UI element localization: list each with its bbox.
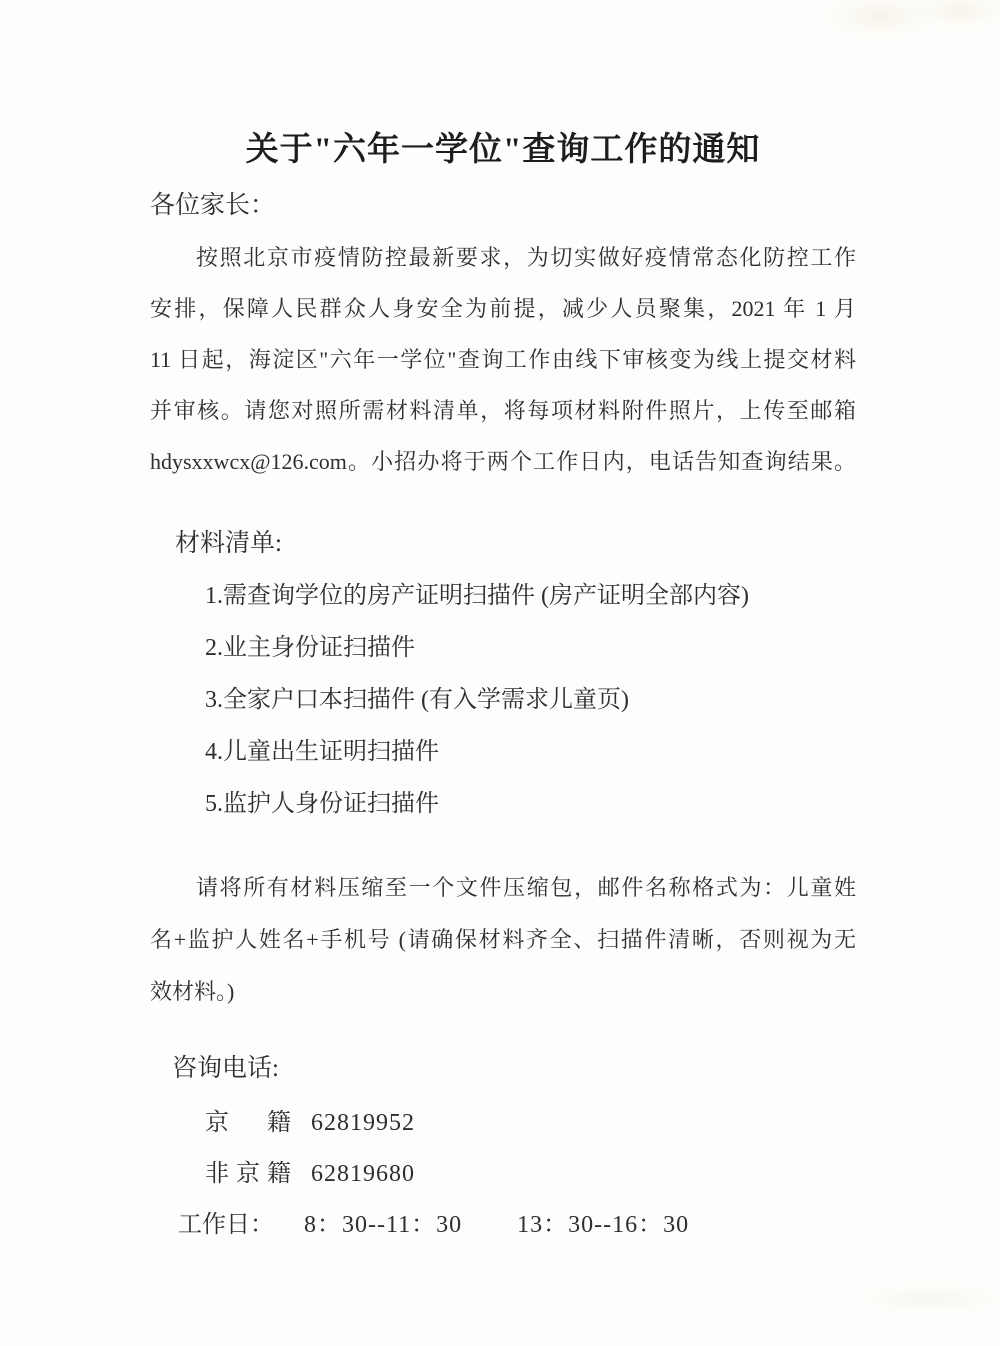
intro-line: 安排，保障人民群众人身安全为前提，减少人员聚集，2021 年 1 月 [150,283,856,334]
workday-hours-pm: 13：30--16：30 [517,1212,689,1238]
phone-list: 京 籍 62819952 非京籍 62819680 [150,1098,856,1200]
intro-paragraph: 按照北京市疫情防控最新要求，为切实做好疫情常态化防控工作 安排，保障人民群众人身… [150,232,856,487]
material-item: 1.需查询学位的房产证明扫描件 (房产证明全部内容) [205,570,856,622]
page-title: 关于"六年一学位"查询工作的通知 [150,130,856,170]
intro-line: 并审核。请您对照所需材料清单，将每项材料附件照片，上传至邮箱 [150,385,856,436]
intro-line: 按照北京市疫情防控最新要求，为切实做好疫情常态化防控工作 [150,232,856,283]
phone-number: 62819680 [311,1161,415,1187]
note-line: 效材料。) [150,966,856,1018]
intro-line: 11 日起，海淀区"六年一学位"查询工作由线下审核变为线上提交材料 [150,334,856,385]
material-item: 5.监护人身份证扫描件 [205,778,856,830]
phone-label: 京 籍 [205,1098,291,1149]
materials-list: 1.需查询学位的房产证明扫描件 (房产证明全部内容) 2.业主身份证扫描件 3.… [150,570,856,830]
contact-heading: 咨询电话: [150,1052,856,1086]
material-item: 2.业主身份证扫描件 [205,622,856,674]
workday-label: 工作日： [178,1212,274,1238]
material-item: 4.儿童出生证明扫描件 [205,726,856,778]
phone-row-non-beijing-registered: 非京籍 62819680 [150,1149,856,1200]
note-line: 名+监护人姓名+手机号 (请确保材料齐全、扫描件清晰，否则视为无 [150,914,856,966]
note-line: 请将所有材料压缩至一个文件压缩包，邮件名称格式为：儿童姓 [150,862,856,914]
notice-document-page: 关于"六年一学位"查询工作的通知 各位家长： 按照北京市疫情防控最新要求，为切实… [0,0,1000,1346]
material-item: 3.全家户口本扫描件 (有入学需求儿童页) [205,674,856,726]
workday-hours-am: 8：30--11：30 [304,1212,462,1238]
intro-line: hdysxxwcx@126.com。小招办将于两个工作日内，电话告知查询结果。 [150,436,856,487]
phone-row-beijing-registered: 京 籍 62819952 [150,1098,856,1149]
phone-label: 非京籍 [205,1149,291,1200]
note-paragraph: 请将所有材料压缩至一个文件压缩包，邮件名称格式为：儿童姓 名+监护人姓名+手机号… [150,862,856,1018]
workday-hours-row: 工作日：8：30--11：3013：30--16：30 [150,1200,856,1251]
materials-heading: 材料清单: [150,527,856,561]
greeting-line: 各位家长： [150,188,856,224]
phone-number: 62819952 [311,1110,415,1136]
